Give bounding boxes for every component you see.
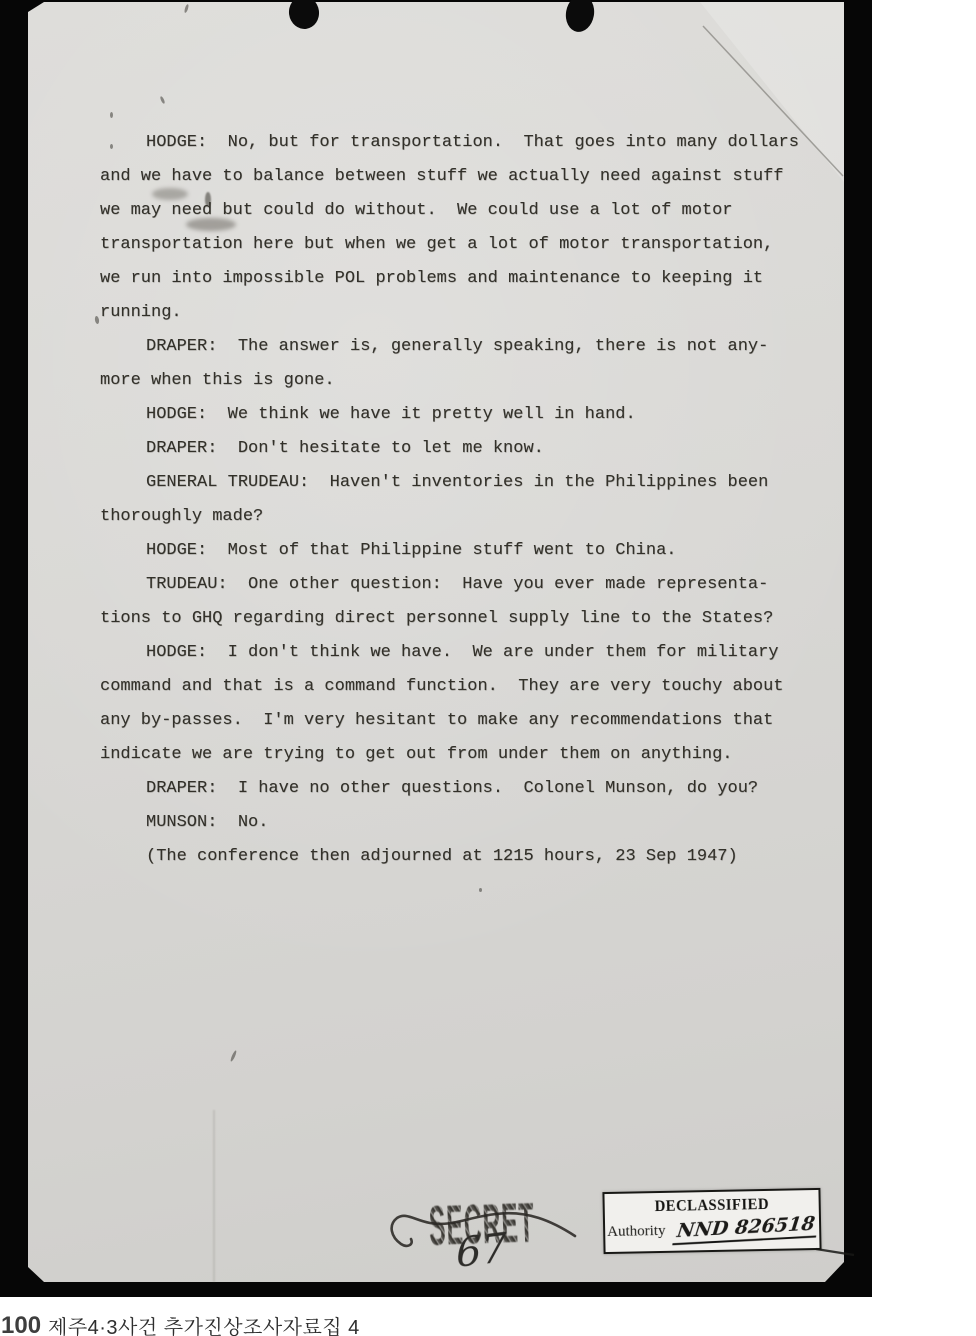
paper-speck [110,112,113,118]
typed-line: tions to GHQ regarding direct personnel … [100,602,820,636]
authority-number-handwritten: NND 826518 [672,1212,819,1245]
scanned-document: HODGE: No, but for transportation. That … [0,0,872,1297]
typed-line: indicate we are trying to get out from u… [100,738,820,772]
typed-line: running. [100,296,820,330]
typed-line: we run into impossible POL problems and … [100,262,820,296]
footer-caption: 제주4·3사건 추가진상조사자료집 4 [48,1316,360,1336]
typed-line: more when this is gone. [100,364,820,398]
typed-line: command and that is a command function. … [100,670,820,704]
declassified-authority-row: Authority NND 826518 [605,1215,819,1244]
typed-line: MUNSON: No. [100,806,820,840]
transcript-text: HODGE: No, but for transportation. That … [100,126,820,874]
typed-line: thoroughly made? [100,500,820,534]
paper-speck [479,888,482,892]
declassified-title: DECLASSIFIED [654,1196,769,1216]
declassified-stamp: DECLASSIFIED Authority NND 826518 [602,1188,821,1254]
typed-line: we may need but could do without. We cou… [100,194,820,228]
typed-line: and we have to balance between stuff we … [100,160,820,194]
footer-page-number: 100 [1,1313,41,1336]
typed-line: HODGE: I don't think we have. We are und… [100,636,820,670]
book-page: { "colors":{ "paper_bg":"#d7d6d3", "scan… [0,0,976,1336]
typed-line: TRUDEAU: One other question: Have you ev… [100,568,820,602]
authority-label: Authority [607,1223,666,1240]
paper-crease [213,1110,215,1282]
footer: 100 제주4·3사건 추가진상조사자료집 4 [0,1313,976,1336]
typed-line: transportation here but when we get a lo… [100,228,820,262]
typed-line: (The conference then adjourned at 1215 h… [100,840,820,874]
handwritten-page-number: 67 [456,1228,507,1274]
typed-line: DRAPER: The answer is, generally speakin… [100,330,820,364]
typed-line: HODGE: No, but for transportation. That … [100,126,820,160]
typed-line: HODGE: Most of that Philippine stuff wen… [100,534,820,568]
typed-line: GENERAL TRUDEAU: Haven't inventories in … [100,466,820,500]
typed-line: any by-passes. I'm very hesitant to make… [100,704,820,738]
typed-line: DRAPER: Don't hesitate to let me know. [100,432,820,466]
typed-line: HODGE: We think we have it pretty well i… [100,398,820,432]
typed-line: DRAPER: I have no other questions. Colon… [100,772,820,806]
